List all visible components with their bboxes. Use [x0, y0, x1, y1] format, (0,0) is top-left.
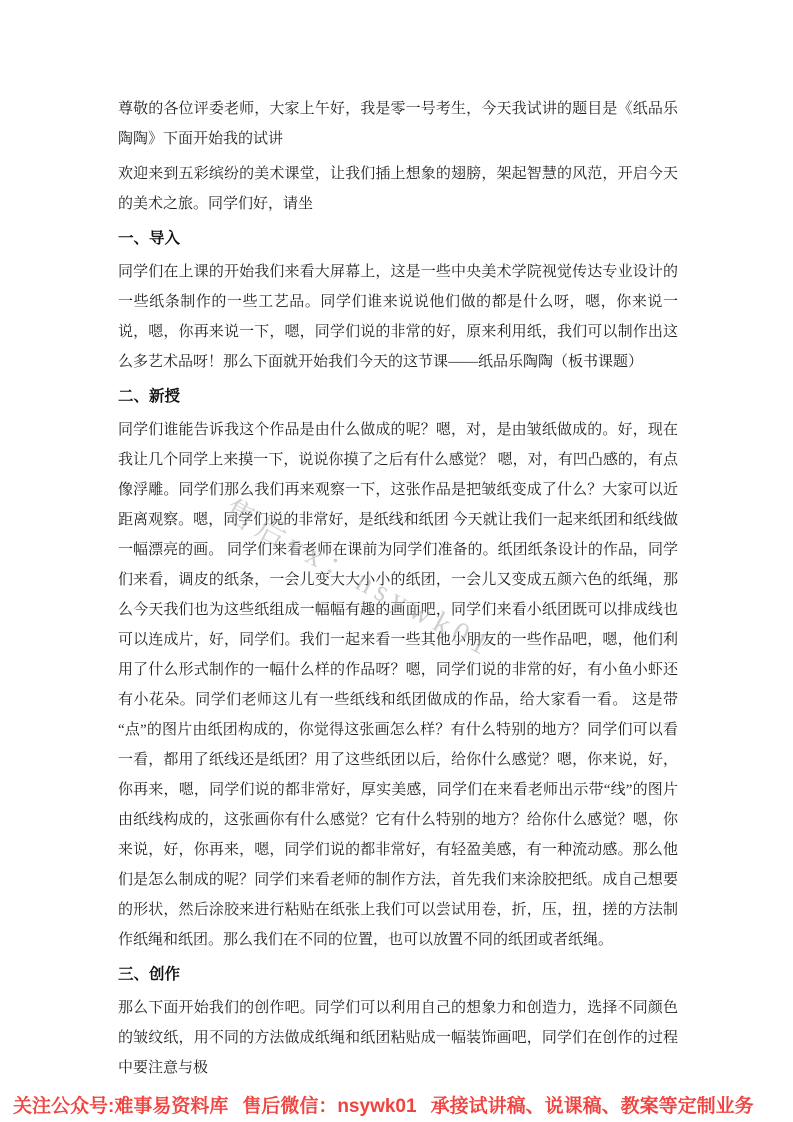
footer-wechat-official-account: 关注公众号:难事易资料库 — [13, 1091, 228, 1118]
teaching-paragraph: 同学们谁能告诉我这个作品是由什么做成的呢？嗯，对，是由皱纸做成的。好，现在我让几… — [118, 415, 678, 955]
intro-paragraph: 同学们在上课的开始我们来看大屏幕上，这是一些中央美术学院视觉传达专业设计的一些纸… — [118, 257, 678, 377]
footer-aftersale-wechat: 售后微信：nsywk01 — [242, 1091, 416, 1118]
opening-paragraph: 尊敬的各位评委老师，大家上午好，我是零一号考生，今天我试讲的题目是《纸品乐陶陶》… — [118, 94, 678, 154]
section-heading-creation: 三、创作 — [118, 960, 678, 990]
creation-paragraph: 那么下面开始我们的创作吧。同学们可以利用自己的想象力和创造力，选择不同颜色的皱纹… — [118, 993, 678, 1083]
document-page: 尊敬的各位评委老师，大家上午好，我是零一号考生，今天我试讲的题目是《纸品乐陶陶》… — [0, 0, 793, 1122]
promo-footer: 关注公众号:难事易资料库 售后微信：nsywk01 承接试讲稿、说课稿、教案等定… — [13, 1091, 793, 1118]
document-content: 尊敬的各位评委老师，大家上午好，我是零一号考生，今天我试讲的题目是《纸品乐陶陶》… — [118, 94, 678, 1088]
section-heading-intro: 一、导入 — [118, 224, 678, 254]
footer-services: 承接试讲稿、说课稿、教案等定制业务 — [431, 1091, 754, 1118]
welcome-paragraph: 欢迎来到五彩缤纷的美术课堂，让我们插上想象的翅膀，架起智慧的风范，开启今天的美术… — [118, 159, 678, 219]
section-heading-teaching: 二、新授 — [118, 382, 678, 412]
